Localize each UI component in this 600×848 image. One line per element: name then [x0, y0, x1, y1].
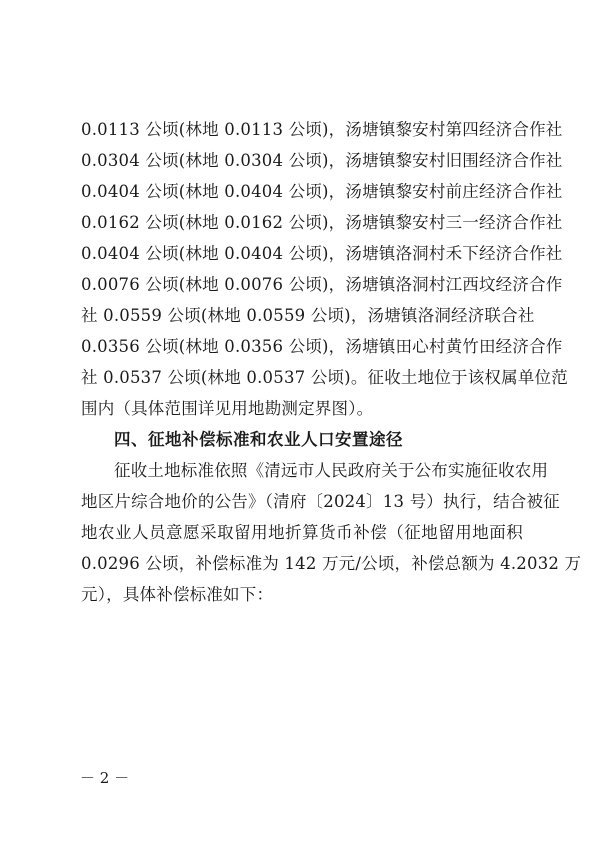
- text-line: 0.0356 公顷(林地 0.0356 公顷)，汤塘镇田心村黄竹田经济合作: [81, 335, 523, 359]
- text-line: 0.0113 公顷(林地 0.0113 公顷)，汤塘镇黎安村第四经济合作社: [81, 118, 523, 142]
- text-line: 围内（具体范围详见用地勘测定界图）。: [81, 397, 523, 421]
- text-line: 0.0162 公顷(林地 0.0162 公顷)，汤塘镇黎安村三一经济合作社: [81, 211, 523, 235]
- document-page: 0.0113 公顷(林地 0.0113 公顷)，汤塘镇黎安村第四经济合作社 0.…: [0, 0, 600, 848]
- text-line: 0.0404 公顷(林地 0.0404 公顷)，汤塘镇洛洞村禾下经济合作社: [81, 242, 523, 266]
- text-line: 0.0304 公顷(林地 0.0304 公顷)，汤塘镇黎安村旧围经济合作社: [81, 149, 523, 173]
- text-line: 社 0.0559 公顷(林地 0.0559 公顷)，汤塘镇洛洞经济联合社: [81, 304, 523, 328]
- paragraph-line: 元），具体补偿标准如下：: [81, 583, 523, 607]
- page-number: － 2 －: [80, 768, 129, 788]
- paragraph-line: 征收土地标准依照《清远市人民政府关于公布实施征收农用: [114, 459, 523, 483]
- paragraph-line: 0.0296 公顷，补偿标准为 142 万元/公顷，补偿总额为 4.2032 万: [81, 552, 523, 576]
- text-line: 社 0.0537 公顷(林地 0.0537 公顷)。征收土地位于该权属单位范: [81, 366, 523, 390]
- paragraph-line: 地农业人员意愿采取留用地折算货币补偿（征地留用地面积: [81, 521, 523, 545]
- text-line: 0.0404 公顷(林地 0.0404 公顷)，汤塘镇黎安村前庄经济合作社: [81, 180, 523, 204]
- text-line: 0.0076 公顷(林地 0.0076 公顷)，汤塘镇洛洞村江西坟经济合作: [81, 273, 523, 297]
- section-heading: 四、征地补偿标准和农业人口安置途径: [114, 428, 403, 452]
- paragraph-line: 地区片综合地价的公告》（清府〔2024〕13 号）执行，结合被征: [81, 490, 523, 514]
